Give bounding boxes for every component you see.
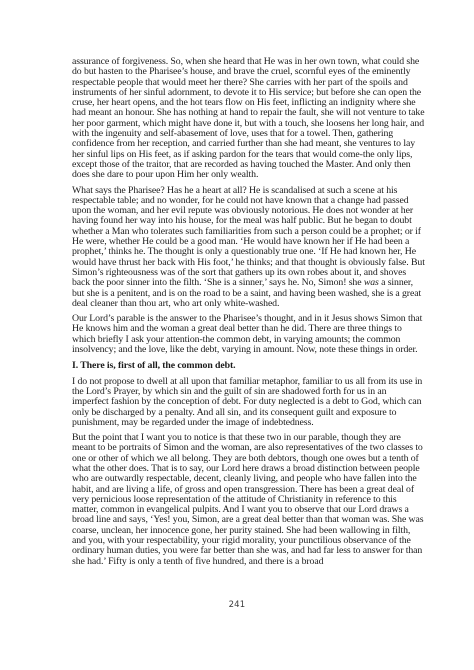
paragraph-two-in-our-parable: But the point that I want you to notice …	[72, 433, 425, 567]
paragraph-text: Our Lord’s parable is the answer to the …	[72, 313, 422, 355]
page-number: 241	[0, 600, 474, 610]
paragraph-text: What says the Pharisee? Has he a heart a…	[72, 185, 425, 289]
document-page: assurance of forgiveness. So, when she h…	[0, 0, 474, 670]
paragraph-what-says-the-pharisee: What says the Pharisee? Has he a heart a…	[72, 186, 425, 310]
section-heading-common-debt: I. There is, first of all, the common de…	[72, 361, 425, 371]
paragraph-text: I do not propose to dwell at all upon th…	[72, 376, 422, 428]
paragraph-our-lords-parable: Our Lord’s parable is the answer to the …	[72, 314, 425, 355]
paragraph-text: assurance of forgiveness. So, when she h…	[72, 56, 424, 180]
paragraph-text: But the point that I want you to notice …	[72, 432, 423, 567]
paragraph-assurance-of-forgiveness: assurance of forgiveness. So, when she h…	[72, 57, 425, 181]
paragraph-familiar-metaphor: I do not propose to dwell at all upon th…	[72, 377, 425, 428]
heading-text: I. There is, first of all, the common de…	[72, 360, 236, 371]
text-column: assurance of forgiveness. So, when she h…	[72, 57, 425, 567]
